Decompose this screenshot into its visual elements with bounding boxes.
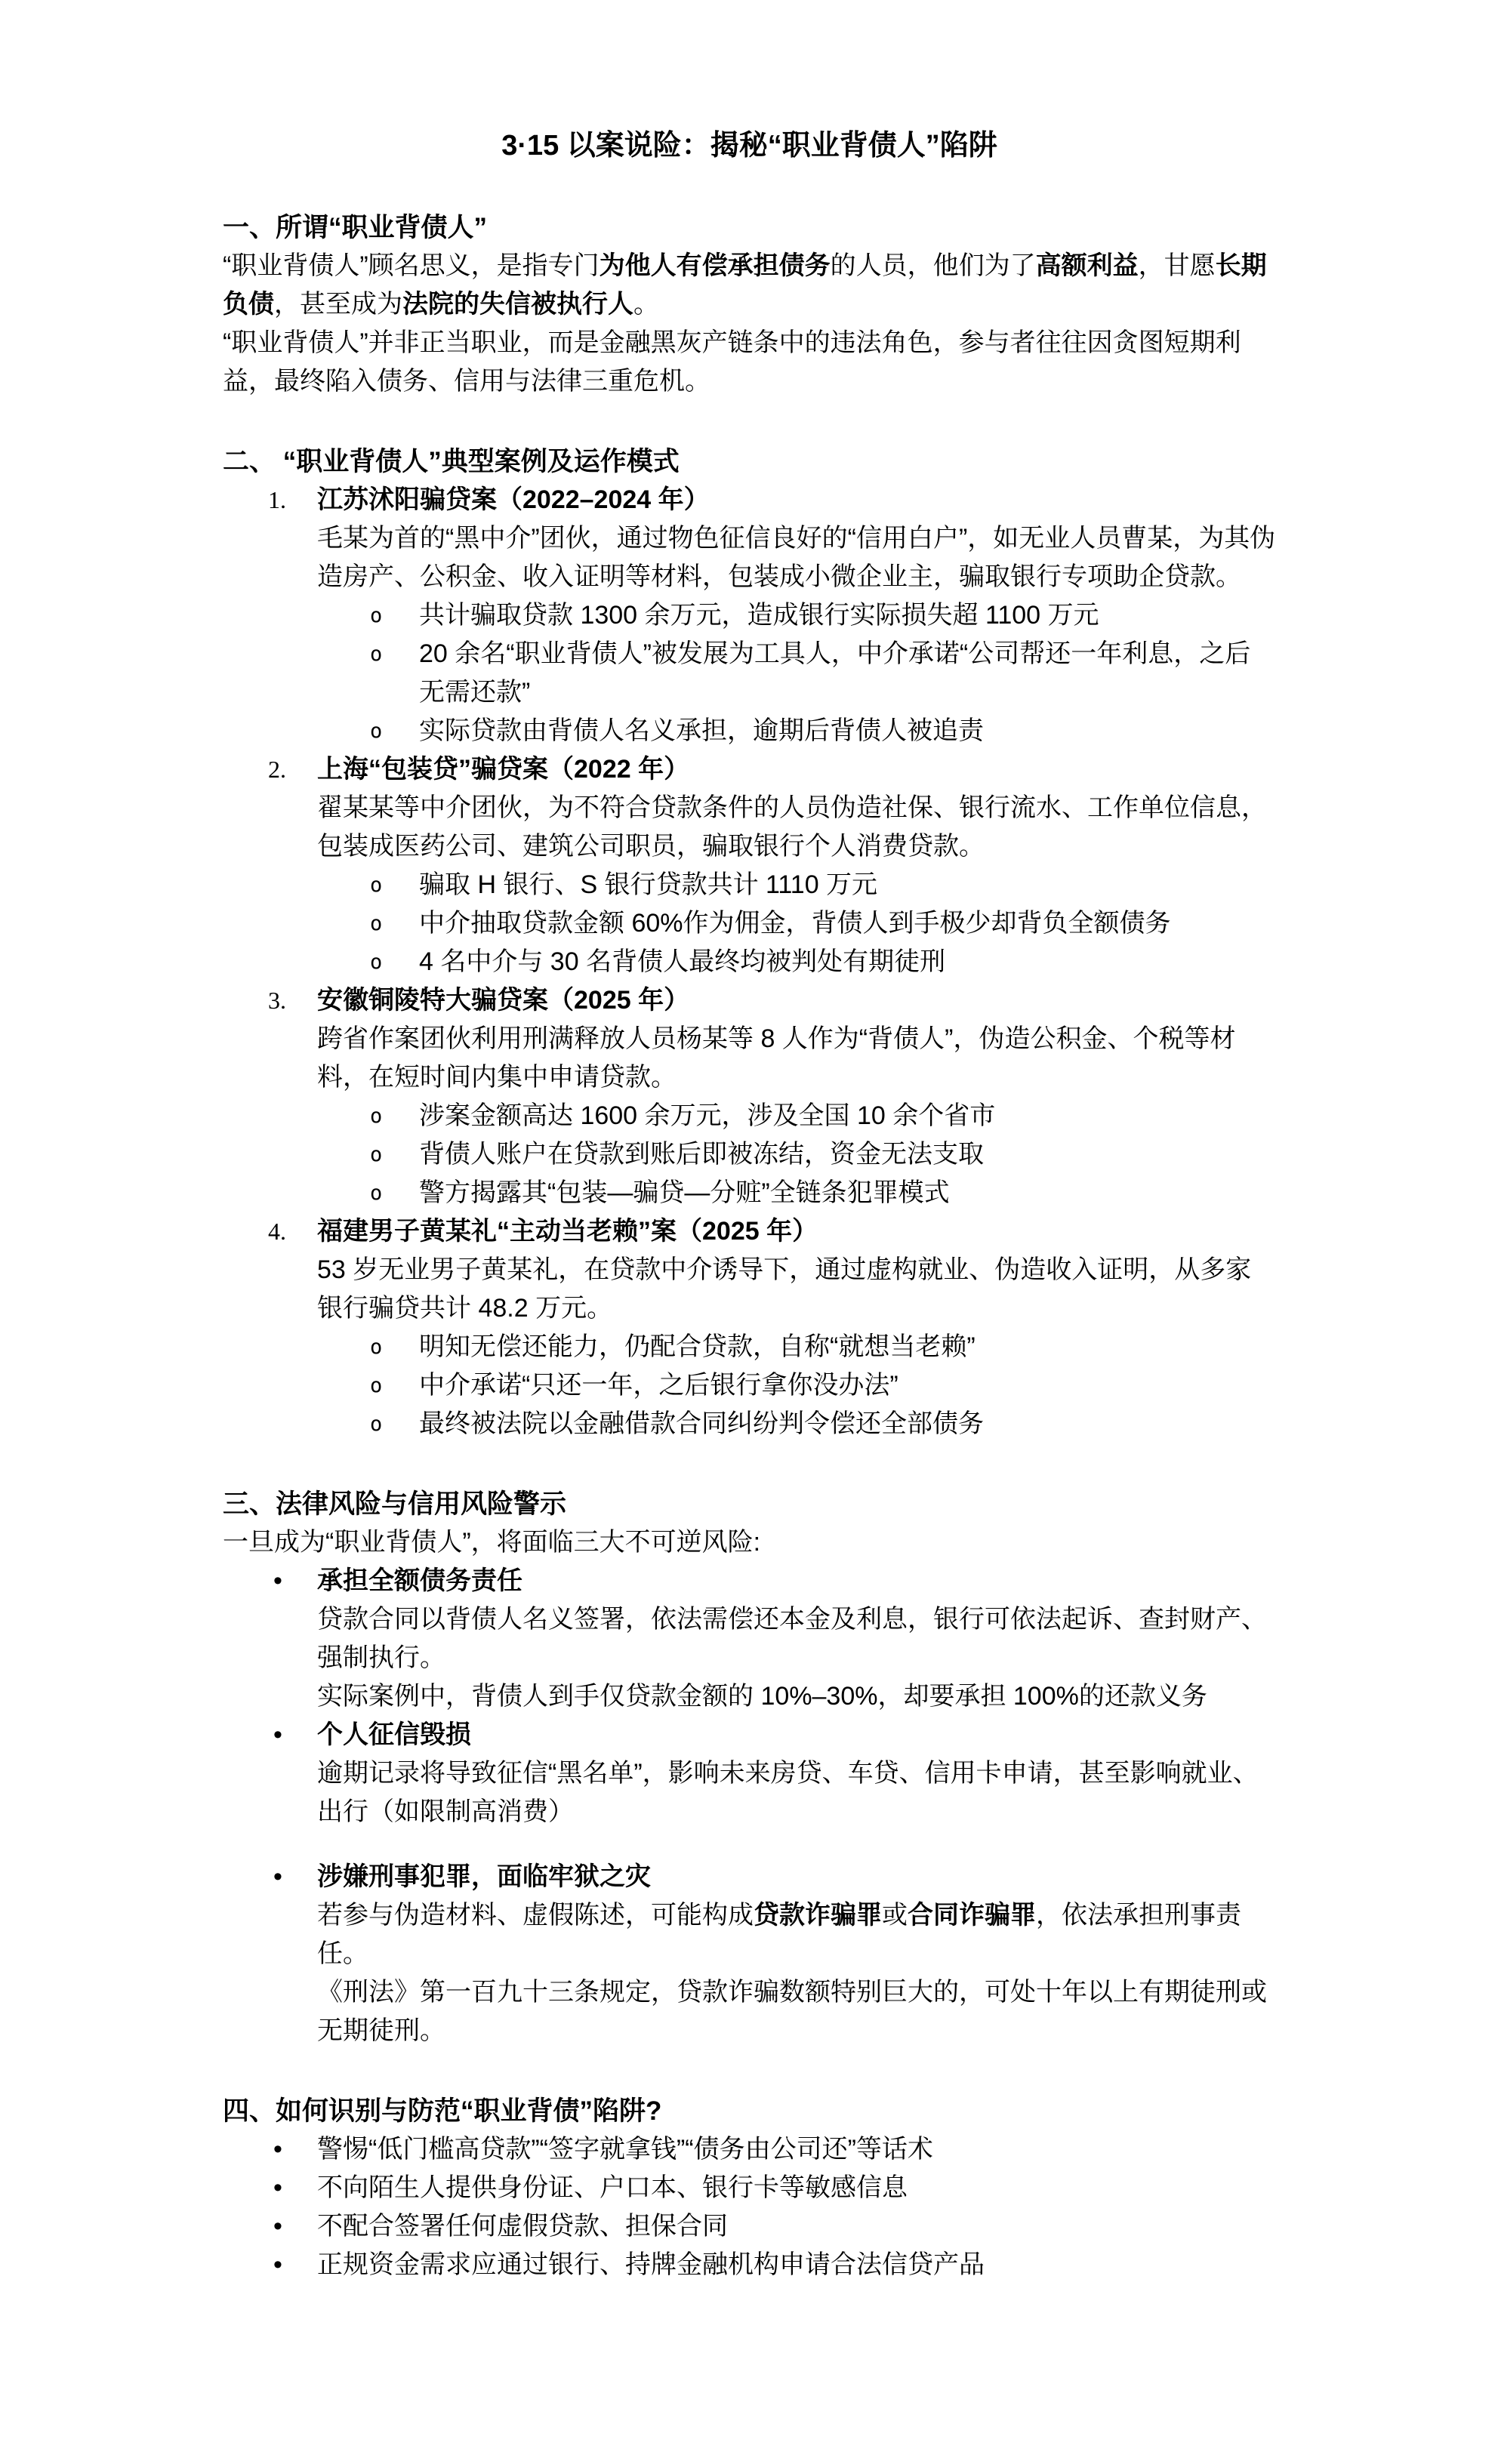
paragraph: 跨省作案团伙利用刑满释放人员杨某等 8 人作为“背债人”，伪造公积金、个税等材料…: [223, 1020, 1276, 1097]
text-run: 最终被法院以金融借款合同纠纷判令偿还全部债务: [419, 1409, 984, 1438]
sub-bullet-item: o中介抽取贷款金额 60%作为佣金，背债人到手极少却背负全额债务: [223, 904, 1276, 943]
text-content: 涉嫌刑事犯罪，面临牢狱之灾: [317, 1858, 1276, 1896]
text-content: 中介抽取贷款金额 60%作为佣金，背债人到手极少却背负全额债务: [419, 904, 1276, 943]
circle-bullet-icon: o: [370, 904, 419, 943]
paragraph: 逾期记录将导致征信“黑名单”，影响未来房贷、车贷、信用卡申请，甚至影响就业、出行…: [223, 1754, 1276, 1831]
paragraph: 一旦成为“职业背债人”，将面临三大不可逆风险:: [223, 1523, 1276, 1562]
paragraph: 毛某为首的“黑中介”团伙，通过物色征信良好的“信用白户”，如无业人员曹某，为其伪…: [223, 519, 1276, 596]
text-run: 骗取 H 银行、S 银行贷款共计 1110 万元: [419, 870, 877, 899]
paragraph: “职业背债人”并非正当职业，而是金融黑灰产链条中的违法角色，参与者往往因贪图短期…: [223, 324, 1276, 401]
bullet-icon: •: [273, 1562, 317, 1600]
sub-bullet-item: o共计骗取贷款 1300 余万元，造成银行实际损失超 1100 万元: [223, 596, 1276, 635]
text-run: 涉案金额高达 1600 余万元，涉及全国 10 余个省市: [419, 1101, 995, 1130]
bold-text-run: 涉嫌刑事犯罪，面临牢狱之灾: [317, 1862, 651, 1891]
text-run: 一旦成为“职业背债人”，将面临三大不可逆风险:: [223, 1528, 760, 1557]
text-content: 警惕“低门槛高贷款”“签字就拿钱”“债务由公司还”等话术: [317, 2130, 1276, 2169]
paragraph: 若参与伪造材料、虚假陈述，可能构成贷款诈骗罪或合同诈骗罪，依法承担刑事责任。: [223, 1896, 1276, 1973]
sub-bullet-item: o4 名中介与 30 名背债人最终均被判处有期徒刑: [223, 943, 1276, 981]
text-content: “职业背债人”顾名思义，是指专门为他人有偿承担债务的人员，他们为了高额利益，甘愿…: [223, 247, 1276, 324]
text-content: 实际案例中，背债人到手仅贷款金额的 10%–30%，却要承担 100%的还款义务: [317, 1677, 1276, 1716]
sub-bullet-item: o背债人账户在贷款到账后即被冻结，资金无法支取: [223, 1135, 1276, 1174]
text-content: 逾期记录将导致征信“黑名单”，影响未来房贷、车贷、信用卡申请，甚至影响就业、出行…: [317, 1754, 1276, 1831]
bold-text-run: 上海“包装贷”骗贷案（2022 年）: [317, 755, 689, 784]
bold-text-run: 高额利益: [1036, 251, 1139, 280]
bullet-icon: •: [273, 2207, 317, 2246]
text-content: “职业背债人”并非正当职业，而是金融黑灰产链条中的违法角色，参与者往往因贪图短期…: [223, 324, 1276, 401]
circle-bullet-icon: o: [370, 1097, 419, 1135]
blank-line: [223, 1831, 1276, 1858]
text-content: 共计骗取贷款 1300 余万元，造成银行实际损失超 1100 万元: [419, 596, 1276, 635]
sub-bullet-item: o实际贷款由背债人名义承担，逾期后背债人被追责: [223, 712, 1276, 750]
bullet-list-item: •涉嫌刑事犯罪，面临牢狱之灾: [223, 1858, 1276, 1896]
text-run: 毛某为首的“黑中介”团伙，通过物色征信良好的“信用白户”，如无业人员曹某，为其伪…: [317, 524, 1275, 591]
text-content: 涉案金额高达 1600 余万元，涉及全国 10 余个省市: [419, 1097, 1276, 1135]
text-run: 正规资金需求应通过银行、持牌金融机构申请合法信贷产品: [317, 2250, 985, 2279]
sub-bullet-item: o20 余名“职业背债人”被发展为工具人，中介承诺“公司帮还一年利息，之后无需还…: [223, 635, 1276, 712]
sub-bullet-item: o骗取 H 银行、S 银行贷款共计 1110 万元: [223, 866, 1276, 904]
bold-text-run: 江苏沭阳骗贷案（2022–2024 年）: [317, 485, 710, 514]
text-content: 正规资金需求应通过银行、持牌金融机构申请合法信贷产品: [317, 2246, 1276, 2284]
text-content: 《刑法》第一百九十三条规定，贷款诈骗数额特别巨大的，可处十年以上有期徒刑或无期徒…: [317, 1973, 1276, 2050]
bullet-list-item: •承担全额债务责任: [223, 1562, 1276, 1600]
text-content: 上海“包装贷”骗贷案（2022 年）: [317, 750, 1276, 789]
circle-bullet-icon: o: [370, 1135, 419, 1174]
text-run: 警方揭露其“包装—骗贷—分赃”全链条犯罪模式: [419, 1178, 950, 1207]
bold-text-run: 安徽铜陵特大骗贷案（2025 年）: [317, 986, 689, 1015]
section-heading: 一、所谓“职业背债人”: [223, 208, 1276, 247]
circle-bullet-icon: o: [370, 866, 419, 904]
circle-bullet-icon: o: [370, 1328, 419, 1366]
text-run: 53 岁无业男子黄某礼，在贷款中介诱导下，通过虚构就业、伪造收入证明，从多家银行…: [317, 1255, 1251, 1323]
bold-text-run: 贷款诈骗罪: [754, 1901, 882, 1930]
text-content: 骗取 H 银行、S 银行贷款共计 1110 万元: [419, 866, 1276, 904]
text-content: 53 岁无业男子黄某礼，在贷款中介诱导下，通过虚构就业、伪造收入证明，从多家银行…: [317, 1251, 1276, 1328]
sub-bullet-item: o涉案金额高达 1600 余万元，涉及全国 10 余个省市: [223, 1097, 1276, 1135]
text-run: ，甚至成为: [274, 290, 402, 319]
text-run: 或: [882, 1901, 908, 1930]
text-content: 不配合签署任何虚假贷款、担保合同: [317, 2207, 1276, 2246]
text-run: 实际案例中，背债人到手仅贷款金额的 10%–30%，却要承担 100%的还款义务: [317, 1682, 1207, 1711]
text-content: 个人征信毁损: [317, 1716, 1276, 1754]
text-content: 背债人账户在贷款到账后即被冻结，资金无法支取: [419, 1135, 1276, 1174]
paragraph: “职业背债人”顾名思义，是指专门为他人有偿承担债务的人员，他们为了高额利益，甘愿…: [223, 247, 1276, 324]
circle-bullet-icon: o: [370, 596, 419, 635]
text-run: 明知无偿还能力，仍配合贷款，自称“就想当老赖”: [419, 1332, 976, 1361]
text-content: 不向陌生人提供身份证、户口本、银行卡等敏感信息: [317, 2169, 1276, 2207]
list-number: 4.: [268, 1212, 317, 1251]
paragraph: 贷款合同以背债人名义签署，依法需偿还本金及利息，银行可依法起诉、查封财产、强制执…: [223, 1600, 1276, 1677]
text-content: 最终被法院以金融借款合同纠纷判令偿还全部债务: [419, 1405, 1276, 1443]
sub-bullet-item: o中介承诺“只还一年，之后银行拿你没办法”: [223, 1366, 1276, 1405]
text-run: 不向陌生人提供身份证、户口本、银行卡等敏感信息: [317, 2173, 908, 2202]
text-content: 翟某某等中介团伙，为不符合贷款条件的人员伪造社保、银行流水、工作单位信息，包装成…: [317, 789, 1276, 866]
paragraph: 《刑法》第一百九十三条规定，贷款诈骗数额特别巨大的，可处十年以上有期徒刑或无期徒…: [223, 1973, 1276, 2050]
paragraph: 53 岁无业男子黄某礼，在贷款中介诱导下，通过虚构就业、伪造收入证明，从多家银行…: [223, 1251, 1276, 1328]
list-number: 1.: [268, 481, 317, 519]
text-run: 《刑法》第一百九十三条规定，贷款诈骗数额特别巨大的，可处十年以上有期徒刑或无期徒…: [317, 1978, 1267, 2045]
paragraph: 实际案例中，背债人到手仅贷款金额的 10%–30%，却要承担 100%的还款义务: [223, 1677, 1276, 1716]
text-run: ，甘愿: [1139, 251, 1216, 280]
bullet-list-item: •不向陌生人提供身份证、户口本、银行卡等敏感信息: [223, 2169, 1276, 2207]
bullet-icon: •: [273, 1716, 317, 1754]
sub-bullet-item: o警方揭露其“包装—骗贷—分赃”全链条犯罪模式: [223, 1174, 1276, 1212]
bullet-icon: •: [273, 2246, 317, 2284]
text-run: 逾期记录将导致征信“黑名单”，影响未来房贷、车贷、信用卡申请，甚至影响就业、出行…: [317, 1759, 1259, 1826]
text-content: 实际贷款由背债人名义承担，逾期后背债人被追责: [419, 712, 1276, 750]
text-run: 不配合签署任何虚假贷款、担保合同: [317, 2212, 728, 2241]
sub-bullet-item: o最终被法院以金融借款合同纠纷判令偿还全部债务: [223, 1405, 1276, 1443]
numbered-list-item: 1.江苏沭阳骗贷案（2022–2024 年）: [223, 481, 1276, 519]
text-run: 警惕“低门槛高贷款”“签字就拿钱”“债务由公司还”等话术: [317, 2135, 933, 2164]
bold-text-run: 福建男子黄某礼“主动当老赖”案（2025 年）: [317, 1217, 818, 1246]
text-content: 一旦成为“职业背债人”，将面临三大不可逆风险:: [223, 1523, 1276, 1562]
text-run: 贷款合同以背债人名义签署，依法需偿还本金及利息，银行可依法起诉、查封财产、强制执…: [317, 1605, 1267, 1672]
bullet-list-item: •个人征信毁损: [223, 1716, 1276, 1754]
document-title: 3·15 以案说险：揭秘“职业背债人”陷阱: [223, 125, 1276, 167]
bold-text-run: 合同诈骗罪: [908, 1901, 1036, 1930]
text-content: 福建男子黄某礼“主动当老赖”案（2025 年）: [317, 1212, 1276, 1251]
text-run: 中介承诺“只还一年，之后银行拿你没办法”: [419, 1371, 898, 1400]
text-run: 跨省作案团伙利用刑满释放人员杨某等 8 人作为“背债人”，伪造公积金、个税等材料…: [317, 1024, 1235, 1092]
text-content: 4 名中介与 30 名背债人最终均被判处有期徒刑: [419, 943, 1276, 981]
numbered-list-item: 4.福建男子黄某礼“主动当老赖”案（2025 年）: [223, 1212, 1276, 1251]
circle-bullet-icon: o: [370, 1405, 419, 1443]
list-number: 3.: [268, 981, 317, 1020]
bullet-icon: •: [273, 2130, 317, 2169]
bullet-icon: •: [273, 1858, 317, 1896]
text-content: 毛某为首的“黑中介”团伙，通过物色征信良好的“信用白户”，如无业人员曹某，为其伪…: [317, 519, 1276, 596]
numbered-list-item: 3.安徽铜陵特大骗贷案（2025 年）: [223, 981, 1276, 1020]
sub-bullet-item: o明知无偿还能力，仍配合贷款，自称“就想当老赖”: [223, 1328, 1276, 1366]
text-content: 承担全额债务责任: [317, 1562, 1276, 1600]
text-content: 警方揭露其“包装—骗贷—分赃”全链条犯罪模式: [419, 1174, 1276, 1212]
circle-bullet-icon: o: [370, 1174, 419, 1212]
text-content: 贷款合同以背债人名义签署，依法需偿还本金及利息，银行可依法起诉、查封财产、强制执…: [317, 1600, 1276, 1677]
text-run: 若参与伪造材料、虚假陈述，可能构成: [317, 1901, 754, 1930]
document-body: 一、所谓“职业背债人”“职业背债人”顾名思义，是指专门为他人有偿承担债务的人员，…: [223, 208, 1276, 2284]
bullet-icon: •: [273, 2169, 317, 2207]
bold-text-run: 法院的失信被执行人: [402, 290, 633, 319]
circle-bullet-icon: o: [370, 635, 419, 673]
circle-bullet-icon: o: [370, 943, 419, 981]
bold-text-run: 承担全额债务责任: [317, 1566, 522, 1595]
text-run: 20 余名“职业背债人”被发展为工具人，中介承诺“公司帮还一年利息，之后无需还款…: [419, 639, 1250, 707]
circle-bullet-icon: o: [370, 1366, 419, 1405]
bullet-list-item: •警惕“低门槛高贷款”“签字就拿钱”“债务由公司还”等话术: [223, 2130, 1276, 2169]
text-run: 共计骗取贷款 1300 余万元，造成银行实际损失超 1100 万元: [419, 601, 1099, 630]
bold-text-run: 个人征信毁损: [317, 1720, 471, 1749]
section-heading: 四、如何识别与防范“职业背债”陷阱?: [223, 2092, 1276, 2130]
text-content: 若参与伪造材料、虚假陈述，可能构成贷款诈骗罪或合同诈骗罪，依法承担刑事责任。: [317, 1896, 1276, 1973]
section-heading: 三、法律风险与信用风险警示: [223, 1485, 1276, 1523]
bullet-list-item: •正规资金需求应通过银行、持牌金融机构申请合法信贷产品: [223, 2246, 1276, 2284]
text-content: 20 余名“职业背债人”被发展为工具人，中介承诺“公司帮还一年利息，之后无需还款…: [419, 635, 1276, 712]
document-page: 3·15 以案说险：揭秘“职业背债人”陷阱 一、所谓“职业背债人”“职业背债人”…: [0, 0, 1498, 2464]
bullet-list-item: •不配合签署任何虚假贷款、担保合同: [223, 2207, 1276, 2246]
list-number: 2.: [268, 750, 317, 789]
text-run: 。: [633, 290, 659, 319]
text-run: 翟某某等中介团伙，为不符合贷款条件的人员伪造社保、银行流水、工作单位信息，包装成…: [317, 793, 1267, 861]
text-run: 背债人账户在贷款到账后即被冻结，资金无法支取: [419, 1140, 984, 1169]
text-run: 实际贷款由背债人名义承担，逾期后背债人被追责: [419, 716, 984, 745]
text-run: 的人员，他们为了: [831, 251, 1036, 280]
text-run: “职业背债人”顾名思义，是指专门: [223, 251, 600, 280]
text-content: 中介承诺“只还一年，之后银行拿你没办法”: [419, 1366, 1276, 1405]
section-heading: 二、 “职业背债人”典型案例及运作模式: [223, 442, 1276, 481]
text-run: 中介抽取贷款金额 60%作为佣金，背债人到手极少却背负全额债务: [419, 909, 1171, 938]
text-run: “职业背债人”并非正当职业，而是金融黑灰产链条中的违法角色，参与者往往因贪图短期…: [223, 328, 1241, 396]
text-run: 4 名中介与 30 名背债人最终均被判处有期徒刑: [419, 947, 945, 976]
bold-text-run: 为他人有偿承担债务: [600, 251, 831, 280]
text-content: 跨省作案团伙利用刑满释放人员杨某等 8 人作为“背债人”，伪造公积金、个税等材料…: [317, 1020, 1276, 1097]
paragraph: 翟某某等中介团伙，为不符合贷款条件的人员伪造社保、银行流水、工作单位信息，包装成…: [223, 789, 1276, 866]
text-content: 江苏沭阳骗贷案（2022–2024 年）: [317, 481, 1276, 519]
circle-bullet-icon: o: [370, 712, 419, 750]
numbered-list-item: 2.上海“包装贷”骗贷案（2022 年）: [223, 750, 1276, 789]
text-content: 安徽铜陵特大骗贷案（2025 年）: [317, 981, 1276, 1020]
text-content: 明知无偿还能力，仍配合贷款，自称“就想当老赖”: [419, 1328, 1276, 1366]
